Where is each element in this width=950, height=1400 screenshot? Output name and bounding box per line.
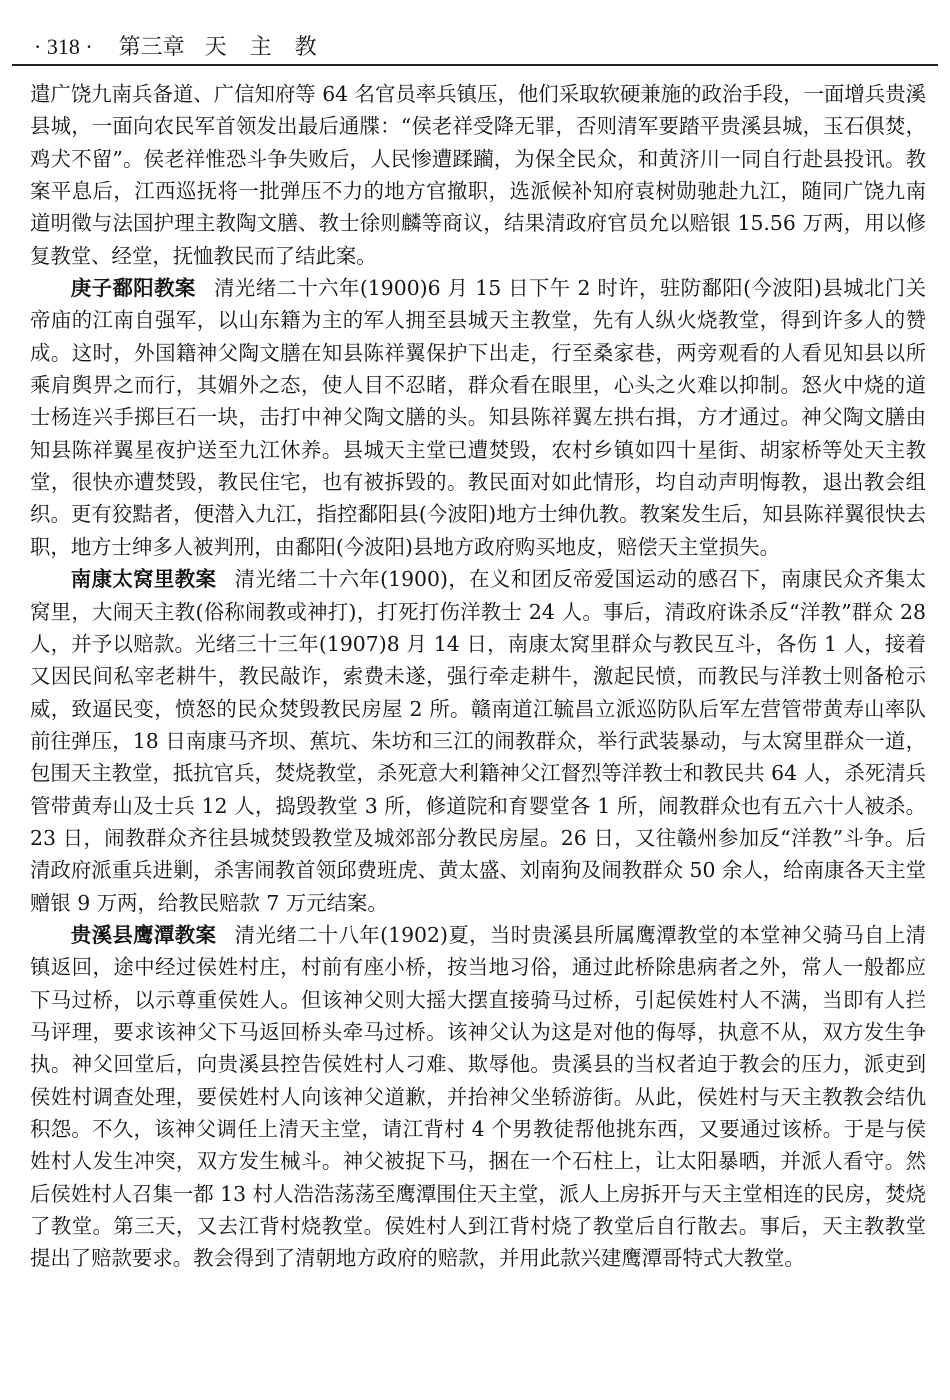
paragraph-case: 贵溪县鹰潭教案清光绪二十八年(1902)夏，当时贵溪县所属鹰潭教堂的本堂神父骑马… — [30, 919, 926, 1275]
body-text: 遣广饶九南兵备道、广信知府等 64 名官员率兵镇压，他们采取软硬兼施的政治手段，… — [30, 78, 926, 1275]
book-page: · 318 · 第三章 天 主 教 遣广饶九南兵备道、广信知府等 64 名官员率… — [0, 0, 950, 1400]
header-rule — [12, 64, 938, 66]
paragraph-text: 清光绪二十六年(1900)6 月 15 日下午 2 时许，驻防鄱阳(今波阳)县城… — [30, 276, 926, 559]
chapter-topic: 天 主 教 — [205, 30, 325, 61]
paragraph-case: 南康太窝里教案清光绪二十六年(1900)，在义和团反帝爱国运动的感召下，南康民众… — [30, 563, 926, 919]
paragraph-text: 清光绪二十八年(1902)夏，当时贵溪县所属鹰潭教堂的本堂神父骑马自上清镇返回，… — [30, 923, 926, 1270]
paragraph-text: 遣广饶九南兵备道、广信知府等 64 名官员率兵镇压，他们采取软硬兼施的政治手段，… — [30, 82, 926, 268]
case-title: 南康太窝里教案 — [71, 567, 217, 591]
paragraph-case: 庚子鄱阳教案清光绪二十六年(1900)6 月 15 日下午 2 时许，驻防鄱阳(… — [30, 272, 926, 563]
chapter-label: 第三章 — [119, 30, 185, 61]
case-title: 庚子鄱阳教案 — [71, 276, 196, 300]
paragraph-text: 清光绪二十六年(1900)，在义和团反帝爱国运动的感召下，南康民众齐集太窝里，大… — [30, 567, 926, 914]
page-number: · 318 · — [34, 34, 93, 60]
running-header: · 318 · 第三章 天 主 教 — [34, 30, 325, 64]
case-title: 贵溪县鹰潭教案 — [71, 923, 217, 947]
paragraph-continued: 遣广饶九南兵备道、广信知府等 64 名官员率兵镇压，他们采取软硬兼施的政治手段，… — [30, 78, 926, 272]
